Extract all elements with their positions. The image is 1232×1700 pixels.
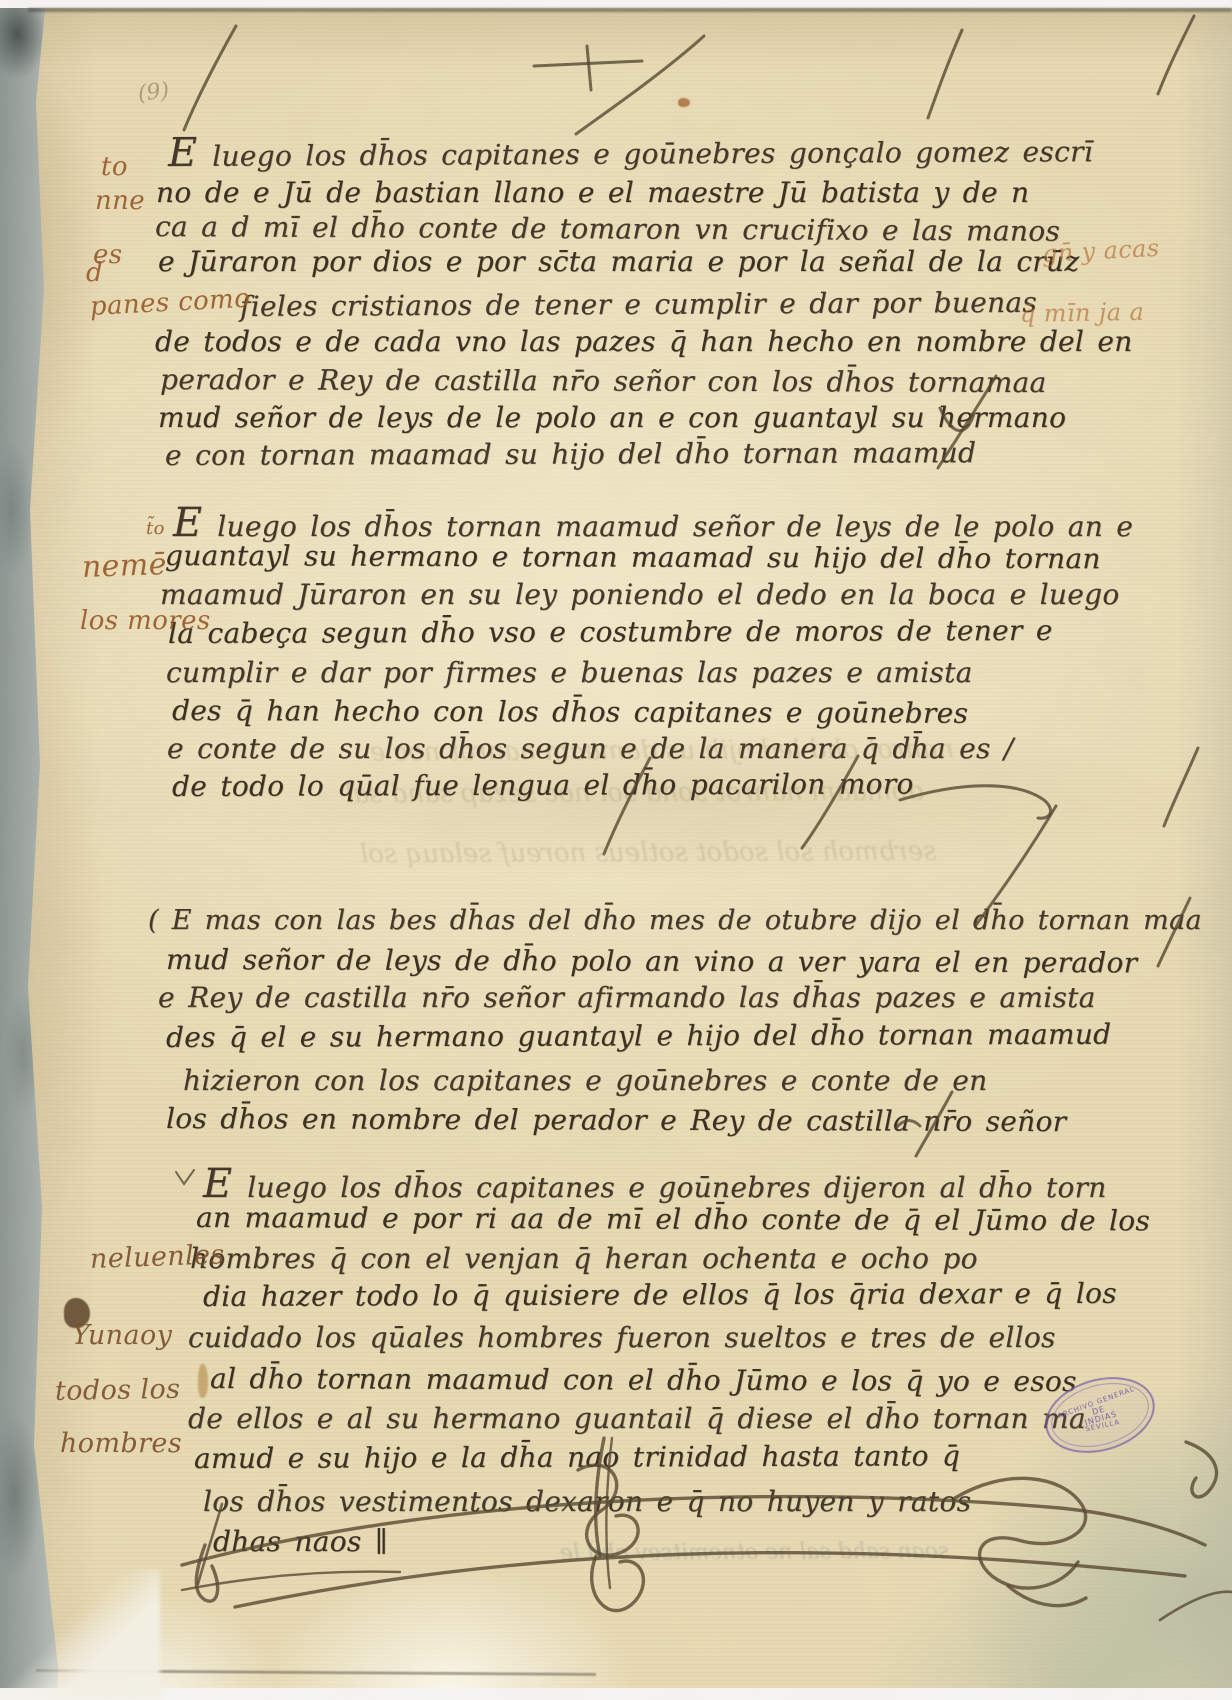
margin-note: nemē xyxy=(81,547,167,585)
manuscript-line: de todo lo qūal fue lengua el dh̄o pacar… xyxy=(172,767,914,803)
manuscript-line: de todos e de cada vno las pazes q̄ han … xyxy=(155,325,1133,358)
manuscript-line: de ellos e al su hermano guantail q̄ die… xyxy=(188,1402,1086,1435)
manuscript-line: cumplir e dar por firmes e buenas las pa… xyxy=(166,656,973,689)
top-fold-crease xyxy=(28,8,1232,12)
manuscript-line: la cabeça segun dh̄o vso e costumbre de … xyxy=(168,614,1053,650)
scan-bottom-margin xyxy=(0,1688,1232,1700)
margin-note-faded: q̄ mīn ja a xyxy=(1020,298,1145,328)
manuscript-line: maamud Jūraron en su ley poniendo el ded… xyxy=(160,578,1119,611)
manuscript-line: des q̄ han hecho con los dh̄os capitanes… xyxy=(172,694,968,730)
rust-spot xyxy=(678,98,690,107)
margin-note: nne xyxy=(95,186,145,216)
manuscript-page: (9) nanrot ohd led ojih us damaam nanrot… xyxy=(0,0,1232,1700)
manuscript-line: no de e Jū de bastian llano e el maestre… xyxy=(156,176,1029,209)
manuscript-line: e Rey de castilla nr̄o señor afirmando l… xyxy=(158,981,1096,1014)
manuscript-line: ca a d mī el dh̄o conte de tomaron vn cr… xyxy=(155,210,1060,248)
bottom-left-corner-wear xyxy=(0,1570,160,1700)
manuscript-line: fieles cristianos de tener e cumplir e d… xyxy=(240,286,1037,323)
manuscript-line: mud señor de leys de dh̄o polo an vino a… xyxy=(166,943,1137,979)
bleedthrough-line: soan sahd sal ne otnemitsev ohd le xyxy=(560,1539,950,1566)
manuscript-line: E luego los dh̄os capitanes e goūnebres … xyxy=(168,125,1093,176)
manuscript-line: hizieron con los capitanes e goūnebres e… xyxy=(183,1064,987,1097)
manuscript-line: mud señor de leys de le polo an e con gu… xyxy=(158,401,1066,434)
manuscript-line: cuidado los qūales hombres fueron suelto… xyxy=(188,1321,1056,1354)
manuscript-line: e conte de su los dh̄os segun e de la ma… xyxy=(167,732,1014,765)
margin-note: d xyxy=(86,258,103,288)
manuscript-line: an maamud e por ri aa de mī el dh̄o cont… xyxy=(196,1201,1150,1237)
margin-note: to xyxy=(101,152,128,182)
margin-note: todos los xyxy=(55,1374,181,1407)
bleedthrough-line: serbmoh sol sodot sotleus noreuf selauq … xyxy=(360,836,937,869)
manuscript-line: des q̄ el e su hermano guantayl e hijo d… xyxy=(166,1018,1112,1054)
manuscript-line: ( E mas con las bes dh̄as del dh̄o mes d… xyxy=(148,905,1202,936)
manuscript-line: guantayl su hermano e tornan maamad su h… xyxy=(165,539,1101,575)
margin-note: Yunaoy xyxy=(72,1320,172,1351)
manuscript-line: los dh̄os vestimentos dexaron e q̄ no hu… xyxy=(203,1485,971,1518)
margin-note: t̃o xyxy=(146,518,165,539)
manuscript-line: hombres q̄ con el venjan q̄ heran ochent… xyxy=(190,1242,978,1275)
manuscript-line: perador e Rey de castilla nr̄o señor con… xyxy=(160,363,1047,399)
manuscript-line: e con tornan maamad su hijo del dh̄o tor… xyxy=(165,436,976,472)
margin-note: los mores xyxy=(80,606,211,636)
margin-note: neluenles xyxy=(89,1239,225,1275)
folio-mark: (9) xyxy=(137,78,171,106)
scan-top-margin xyxy=(0,0,1232,8)
manuscript-line: e Jūraron por dios e por sc̄ta maria e p… xyxy=(158,245,1079,278)
manuscript-line: dhas naos ∥ xyxy=(213,1525,388,1558)
margin-note: hombres xyxy=(60,1428,182,1459)
manuscript-line: amud e su hijo e la dh̄a nao trinidad ha… xyxy=(194,1439,960,1475)
manuscript-line: los dh̄os en nombre del perador e Rey de… xyxy=(166,1102,1066,1138)
manuscript-line: al dh̄o tornan maamud con el dh̄o Jūmo e… xyxy=(210,1362,1077,1398)
rust-streak xyxy=(198,1364,208,1398)
manuscript-line: E luego los dh̄os capitanes e goūnebres … xyxy=(203,1161,1107,1207)
manuscript-line: dia hazer todo lo q̄ quisiere de ellos q… xyxy=(203,1277,1117,1313)
